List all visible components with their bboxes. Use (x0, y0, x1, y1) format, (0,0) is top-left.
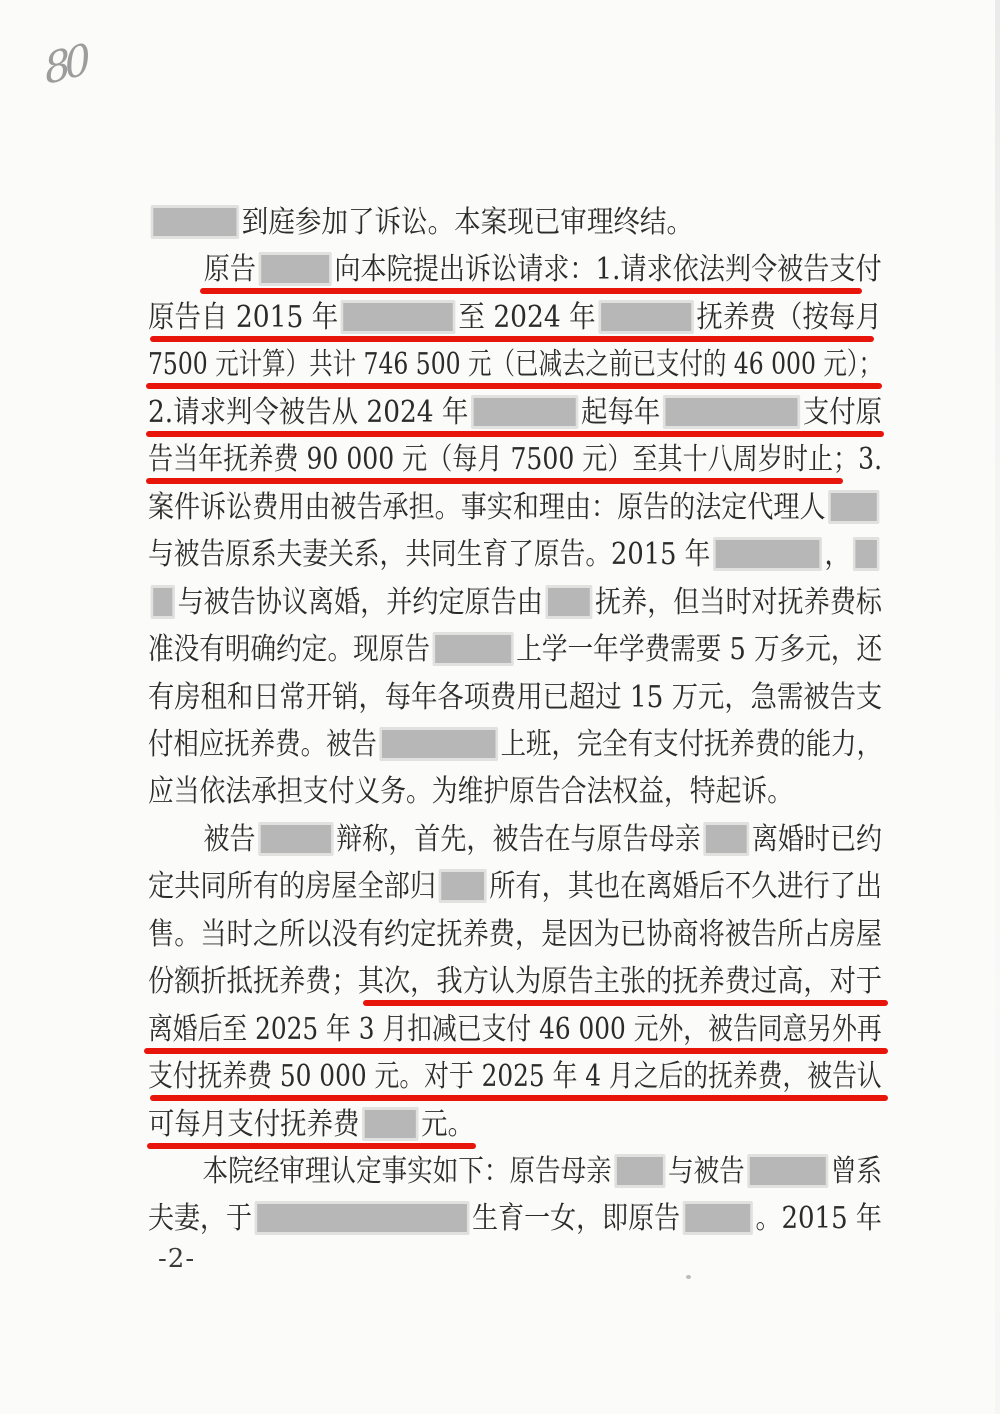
redaction-box (259, 252, 332, 286)
redaction-box (853, 537, 880, 571)
document-line: 到庭参加了诉讼。本案现已审理终结。 (148, 205, 764, 245)
document-line: 应当依法承担支付义务。为维护原告合法权益，特起诉。 (148, 774, 898, 814)
text-run: 告当年抚养费 90 000 元（每月 7500 元）至其十八周岁时止；3. (148, 442, 882, 477)
document-line: 7500 元计算）共计 746 500 元（已减去之前已支付的 46 000 元… (148, 347, 1000, 387)
text-run: 向本院提出诉讼请求：1.请求依法判令被告支付 (334, 252, 881, 287)
document-line: 夫妻，于生育一女，即原告。2015 年 (148, 1201, 995, 1241)
scan-artifact-dot (686, 1275, 691, 1279)
line-text: 原告自 2015 年至 2024 年抚养费（按每月 (148, 300, 882, 336)
scanned-page: 80 到庭参加了诉讼。本案现已审理终结。原告向本院提出诉讼请求：1.请求依法判令… (0, 0, 1000, 1414)
redaction-box (258, 822, 333, 856)
text-run: 定共同所有的房屋全部归 (148, 869, 436, 904)
document-line: 售。当时之所以没有约定抚养费，是因为已协商将被告所占房屋 (148, 917, 988, 957)
text-run: 起每年 (581, 395, 660, 430)
text-run: 与被告原系夫妻关系，共同生育了原告。2015 年 (148, 537, 710, 572)
document-line: 被告辩称，首先，被告在与原告母亲离婚时已约 (148, 822, 994, 862)
line-text: 本院经审理认定事实如下：原告母亲与被告曾系 (148, 1154, 882, 1190)
redaction-box (471, 395, 578, 429)
line-text: 离婚后至 2025 年 3 月扣减已支付 46 000 元外，被告同意另外再 (148, 1012, 882, 1048)
text-run: 份额折抵抚养费；其次，我方认为原告主张的抚养费过高，对于 (148, 964, 882, 999)
red-underline (146, 478, 843, 484)
text-run: 所有，其也在离婚后不久进行了出 (489, 869, 882, 904)
text-run: 被告 (204, 822, 256, 857)
document-line: 2.请求判令被告从 2024 年起每年支付原 (148, 395, 982, 435)
line-text: 售。当时之所以没有约定抚养费，是因为已协商将被告所占房屋 (148, 917, 882, 953)
text-run: 夫妻，于 (148, 1201, 252, 1236)
document-line: 有房租和日常开销，每年各项费用已超过 15 万元，急需被告支 (148, 680, 985, 720)
text-run: 7500 元计算）共计 746 500 元（已减去之前已支付的 46 000 元… (148, 347, 882, 382)
redaction-box (341, 300, 456, 334)
line-text: 被告辩称，首先，被告在与原告母亲离婚时已约 (148, 822, 882, 858)
document-line: 付相应抚养费。被告上班，完全有支付抚养费的能力， (148, 727, 1000, 767)
text-run: 案件诉讼费用由被告承担。事实和理由：原告的法定代理人 (148, 490, 826, 525)
text-run: 本院经审理认定事实如下：原告母亲 (203, 1154, 612, 1189)
document-line: 与被告协议离婚，并约定原告由抚养，但当时对抚养费标 (148, 585, 992, 625)
text-run: 支付抚养费 50 000 元。对于 2025 年 4 月之后的抚养费，被告认 (148, 1059, 882, 1094)
redaction-box (663, 395, 800, 429)
line-text: 定共同所有的房屋全部归所有，其也在离婚后不久进行了出 (148, 869, 882, 905)
line-text: 案件诉讼费用由被告承担。事实和理由：原告的法定代理人 (148, 490, 882, 526)
text-run: 到庭参加了诉讼。本案现已审理终结。 (242, 205, 693, 240)
text-run: 支付原 (803, 395, 882, 430)
red-underline (146, 431, 884, 437)
redaction-box (703, 822, 749, 856)
text-run: 准没有明确约定。现原告 (148, 632, 430, 667)
red-underline (150, 1095, 888, 1101)
text-run: 应当依法承担支付义务。为维护原告合法权益，特起诉。 (148, 774, 793, 809)
text-run: 与被告 (668, 1154, 745, 1189)
text-run: 离婚后至 2025 年 3 月扣减已支付 46 000 元外，被告同意另外再 (148, 1012, 882, 1047)
text-run: 辩称，首先，被告在与原告母亲 (336, 822, 700, 857)
document-line: 定共同所有的房屋全部归所有，其也在离婚后不久进行了出 (148, 869, 989, 909)
document-line: 告当年抚养费 90 000 元（每月 7500 元）至其十八周岁时止；3. (148, 442, 1000, 482)
redaction-box (433, 632, 514, 666)
line-text: 支付抚养费 50 000 元。对于 2025 年 4 月之后的抚养费，被告认 (148, 1059, 882, 1095)
text-run: 可每月支付抚养费 (148, 1107, 359, 1142)
redaction-box (828, 490, 879, 524)
line-text: 到庭参加了诉讼。本案现已审理终结。 (148, 205, 693, 241)
red-underline (146, 383, 882, 389)
text-run: 。2015 年 (755, 1201, 881, 1236)
text-run: 曾系 (831, 1154, 882, 1189)
document-line: 原告向本院提出诉讼请求：1.请求依法判令被告支付 (148, 252, 991, 292)
line-text: 与被告原系夫妻关系，共同生育了原告。2015 年， (148, 537, 882, 573)
line-text: 应当依法承担支付义务。为维护原告合法权益，特起诉。 (148, 774, 793, 810)
document-line: 原告自 2015 年至 2024 年抚养费（按每月 (148, 300, 979, 340)
document-body: 到庭参加了诉讼。本案现已审理终结。原告向本院提出诉讼请求：1.请求依法判令被告支… (0, 0, 1000, 1414)
text-run: 2.请求判令被告从 2024 年 (148, 395, 468, 430)
document-line: 与被告原系夫妻关系，共同生育了原告。2015 年， (148, 537, 1000, 577)
document-line: 支付抚养费 50 000 元。对于 2025 年 4 月之后的抚养费，被告认 (148, 1059, 1000, 1099)
text-run: 离婚时已约 (752, 822, 882, 857)
red-underline (144, 1048, 888, 1054)
line-text: 夫妻，于生育一女，即原告。2015 年 (148, 1201, 882, 1237)
text-run: 抚养费（按每月 (696, 300, 881, 335)
court-document-page: { "page": { "handwritten_mark": "80", "p… (0, 0, 1000, 1414)
text-run: 抚养，但当时对抚养费标 (595, 585, 882, 620)
redaction-box (151, 585, 175, 619)
redaction-box (747, 1154, 828, 1188)
line-text: 7500 元计算）共计 746 500 元（已减去之前已支付的 46 000 元… (148, 347, 882, 383)
text-run: ， (824, 537, 850, 572)
red-underline (150, 336, 874, 342)
redaction-box (598, 300, 693, 334)
redaction-box (439, 869, 487, 903)
line-text: 份额折抵抚养费；其次，我方认为原告主张的抚养费过高，对于 (148, 964, 882, 1000)
scan-edge-shadow (995, 0, 1000, 1414)
text-run: 售。当时之所以没有约定抚养费，是因为已协商将被告所占房屋 (148, 917, 882, 952)
text-run: 上学一年学费需要 5 万多元，还 (516, 632, 882, 667)
redaction-box (362, 1107, 418, 1141)
text-run: 原告 (204, 252, 256, 287)
red-underline (200, 288, 862, 294)
redaction-box (683, 1201, 753, 1235)
redaction-box (379, 727, 498, 761)
text-run: 生育一女，即原告 (472, 1201, 680, 1236)
text-run: 至 2024 年 (458, 300, 595, 335)
redaction-box (545, 585, 592, 619)
text-run: 付相应抚养费。被告 (148, 727, 377, 762)
document-line: 可每月支付抚养费元。 (148, 1107, 518, 1147)
text-run: 与被告协议离婚，并约定原告由 (178, 585, 543, 620)
red-underline (363, 1000, 888, 1006)
text-run: 元。 (421, 1107, 474, 1142)
line-text: 2.请求判令被告从 2024 年起每年支付原 (148, 395, 882, 431)
line-text: 可每月支付抚养费元。 (148, 1107, 474, 1143)
document-line: 份额折抵抚养费；其次，我方认为原告主张的抚养费过高，对于 (148, 964, 988, 1004)
line-text: 与被告协议离婚，并约定原告由抚养，但当时对抚养费标 (148, 585, 882, 621)
redaction-box (614, 1154, 665, 1188)
text-run: 原告自 2015 年 (148, 300, 338, 335)
line-text: 准没有明确约定。现原告上学一年学费需要 5 万多元，还 (148, 632, 882, 668)
line-text: 付相应抚养费。被告上班，完全有支付抚养费的能力， (148, 727, 882, 763)
document-line: 案件诉讼费用由被告承担。事实和理由：原告的法定代理人 (148, 490, 993, 530)
redaction-box (151, 205, 239, 239)
text-run: 上班，完全有支付抚养费的能力， (501, 727, 882, 762)
redaction-box (255, 1201, 470, 1235)
line-text: 告当年抚养费 90 000 元（每月 7500 元）至其十八周岁时止；3. (148, 442, 882, 478)
document-line: 准没有明确约定。现原告上学一年学费需要 5 万多元，还 (148, 632, 1000, 672)
red-underline (147, 1143, 476, 1149)
text-run: 有房租和日常开销，每年各项费用已超过 15 万元，急需被告支 (148, 680, 882, 715)
line-text: 有房租和日常开销，每年各项费用已超过 15 万元，急需被告支 (148, 680, 882, 716)
document-line: 离婚后至 2025 年 3 月扣减已支付 46 000 元外，被告同意另外再 (148, 1012, 1000, 1052)
document-line: 本院经审理认定事实如下：原告母亲与被告曾系 (148, 1154, 1000, 1194)
page-number: -2- (158, 1244, 195, 1274)
line-text: 原告向本院提出诉讼请求：1.请求依法判令被告支付 (148, 252, 882, 288)
redaction-box (713, 537, 822, 571)
